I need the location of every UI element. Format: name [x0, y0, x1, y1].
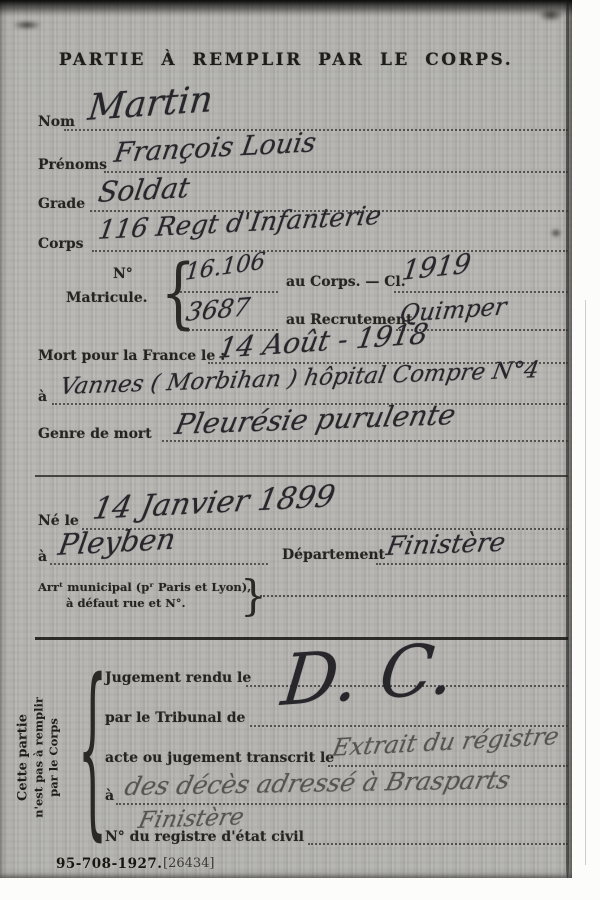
nom-label: Nom	[38, 114, 75, 130]
mort-label: Mort pour la France le :	[38, 348, 225, 364]
section-divider	[35, 475, 568, 477]
transcrit-label: acte ou jugement transcrit le	[105, 750, 334, 766]
leader-line	[260, 595, 568, 597]
leader-line	[50, 563, 268, 565]
registre-label: N° du registre d'état civil	[105, 829, 304, 845]
ink-smudge	[12, 20, 42, 30]
matricule-recrutement-value: 3687	[184, 292, 252, 327]
matricule-label-line2: Matricule.	[66, 290, 148, 306]
side-note-line1: Cette partie	[16, 658, 32, 858]
brace-glyph: {	[78, 658, 108, 845]
form-title: PARTIE À REMPLIR PAR LE CORPS.	[0, 50, 572, 70]
grade-value: Soldat	[96, 171, 192, 209]
jugement-a-label: à	[105, 788, 114, 804]
print-code: 95-708-1927.	[56, 856, 162, 872]
au-corps-label: au Corps. — Cl.	[286, 274, 406, 290]
leader-line	[394, 291, 568, 293]
grade-label: Grade	[38, 196, 85, 212]
side-note-line3: par le Corps	[46, 658, 60, 858]
leader-line	[376, 563, 568, 565]
departement-value: Finistère	[384, 528, 508, 562]
leader-line	[180, 291, 278, 293]
matricule-label-line1: N°	[113, 266, 133, 282]
jugement-overwrite-value: D. C.	[278, 627, 458, 722]
leader-line	[162, 440, 568, 442]
prenoms-label: Prénoms	[38, 157, 107, 173]
ink-smudge	[550, 228, 562, 238]
side-note: Cette partie n'est pas à remplir par le …	[16, 658, 61, 858]
lieu-naissance-label: à	[38, 549, 47, 565]
leader-line	[116, 803, 568, 805]
lieu-naissance-value: Pleyben	[56, 522, 178, 562]
ink-smudge	[538, 8, 564, 22]
jugement-rendu-label: Jugement rendu le	[105, 670, 251, 686]
genre-mort-label: Genre de mort	[38, 426, 152, 442]
scanned-document: PARTIE À REMPLIR PAR LE CORPS. Nom Marti…	[0, 0, 600, 900]
lieu-mort-label: à	[38, 389, 47, 405]
tribunal-label: par le Tribunal de	[105, 710, 245, 726]
arrondissement-line2: à défaut rue et N°.	[66, 596, 186, 610]
reference-number: [26434]	[163, 856, 215, 871]
arrondissement-line1: Arrᵗ municipal (pʳ Paris et Lyon),	[38, 580, 251, 594]
paper-right-edge	[566, 0, 569, 878]
scan-top-shadow	[0, 0, 572, 16]
leader-line	[308, 843, 568, 845]
scan-margin-line	[585, 300, 586, 865]
corps-label: Corps	[38, 236, 84, 252]
departement-label: Département	[282, 547, 385, 563]
side-note-line2: n'est pas à remplir	[32, 658, 46, 858]
